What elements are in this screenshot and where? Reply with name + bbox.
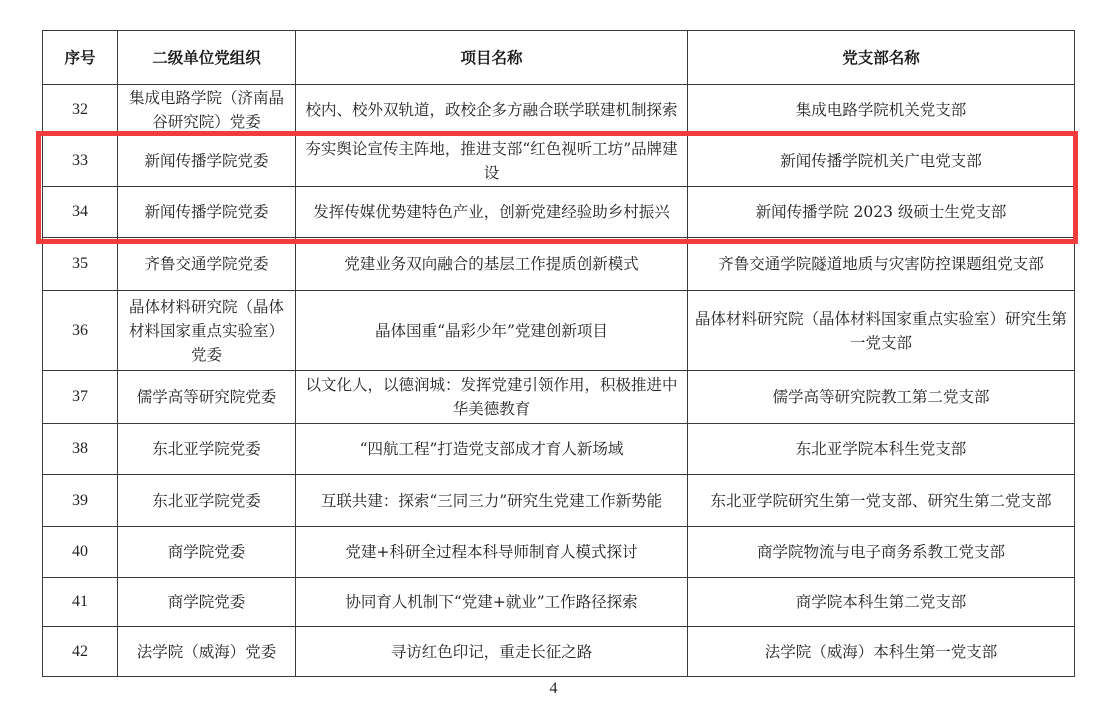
cell-serial-number: 32 — [43, 85, 118, 135]
table-row: 33新闻传播学院党委夯实舆论宣传主阵地，推进支部“红色视听工坊”品牌建设新闻传播… — [43, 135, 1075, 187]
cell-branch-name: 东北亚学院本科生党支部 — [688, 424, 1075, 475]
table-row: 34新闻传播学院党委发挥传媒优势建特色产业，创新党建经验助乡村振兴新闻传播学院 … — [43, 187, 1075, 238]
cell-serial-number: 39 — [43, 475, 118, 527]
table-row: 39东北亚学院党委互联共建：探索“三同三力”研究生党建工作新势能东北亚学院研究生… — [43, 475, 1075, 527]
cell-branch-name: 集成电路学院机关党支部 — [688, 85, 1075, 135]
cell-secondary-party-org: 商学院党委 — [118, 578, 296, 627]
cell-branch-name: 新闻传播学院 2023 级硕士生党支部 — [688, 187, 1075, 238]
table-row: 38东北亚学院党委“四航工程”打造党支部成才育人新场域东北亚学院本科生党支部 — [43, 424, 1075, 475]
header-secondary-party-org: 二级单位党组织 — [118, 31, 296, 85]
cell-project-name: 晶体国重“晶彩少年”党建创新项目 — [296, 291, 688, 371]
cell-secondary-party-org: 新闻传播学院党委 — [118, 135, 296, 187]
table-body: 32集成电路学院（济南晶谷研究院）党委校内、校外双轨道，政校企多方融合联学联建机… — [43, 85, 1075, 677]
cell-secondary-party-org: 东北亚学院党委 — [118, 424, 296, 475]
table-row: 32集成电路学院（济南晶谷研究院）党委校内、校外双轨道，政校企多方融合联学联建机… — [43, 85, 1075, 135]
table-header-row: 序号 二级单位党组织 项目名称 党支部名称 — [43, 31, 1075, 85]
cell-serial-number: 38 — [43, 424, 118, 475]
cell-serial-number: 35 — [43, 238, 118, 291]
cell-serial-number: 37 — [43, 371, 118, 424]
cell-project-name: 校内、校外双轨道，政校企多方融合联学联建机制探索 — [296, 85, 688, 135]
cell-secondary-party-org: 新闻传播学院党委 — [118, 187, 296, 238]
cell-project-name: 发挥传媒优势建特色产业，创新党建经验助乡村振兴 — [296, 187, 688, 238]
table-row: 36晶体材料研究院（晶体材料国家重点实验室）党委晶体国重“晶彩少年”党建创新项目… — [43, 291, 1075, 371]
cell-serial-number: 34 — [43, 187, 118, 238]
table-row: 37儒学高等研究院党委以文化人，以德润城：发挥党建引领作用，积极推进中华美德教育… — [43, 371, 1075, 424]
cell-serial-number: 33 — [43, 135, 118, 187]
cell-project-name: “四航工程”打造党支部成才育人新场域 — [296, 424, 688, 475]
cell-branch-name: 齐鲁交通学院隧道地质与灾害防控课题组党支部 — [688, 238, 1075, 291]
cell-serial-number: 40 — [43, 527, 118, 578]
cell-project-name: 党建业务双向融合的基层工作提质创新模式 — [296, 238, 688, 291]
cell-secondary-party-org: 法学院（威海）党委 — [118, 627, 296, 677]
cell-project-name: 夯实舆论宣传主阵地，推进支部“红色视听工坊”品牌建设 — [296, 135, 688, 187]
cell-serial-number: 36 — [43, 291, 118, 371]
cell-secondary-party-org: 儒学高等研究院党委 — [118, 371, 296, 424]
cell-project-name: 党建+科研全过程本科导师制育人模式探讨 — [296, 527, 688, 578]
cell-branch-name: 商学院本科生第二党支部 — [688, 578, 1075, 627]
cell-branch-name: 东北亚学院研究生第一党支部、研究生第二党支部 — [688, 475, 1075, 527]
cell-serial-number: 42 — [43, 627, 118, 677]
cell-branch-name: 法学院（威海）本科生第一党支部 — [688, 627, 1075, 677]
table-row: 41商学院党委协同育人机制下“党建+就业”工作路径探索商学院本科生第二党支部 — [43, 578, 1075, 627]
cell-project-name: 互联共建：探索“三同三力”研究生党建工作新势能 — [296, 475, 688, 527]
cell-branch-name: 商学院物流与电子商务系教工党支部 — [688, 527, 1075, 578]
header-project-name: 项目名称 — [296, 31, 688, 85]
cell-secondary-party-org: 齐鲁交通学院党委 — [118, 238, 296, 291]
cell-branch-name: 晶体材料研究院（晶体材料国家重点实验室）研究生第一党支部 — [688, 291, 1075, 371]
table-row: 35齐鲁交通学院党委党建业务双向融合的基层工作提质创新模式齐鲁交通学院隧道地质与… — [43, 238, 1075, 291]
cell-branch-name: 新闻传播学院机关广电党支部 — [688, 135, 1075, 187]
cell-secondary-party-org: 商学院党委 — [118, 527, 296, 578]
cell-secondary-party-org: 晶体材料研究院（晶体材料国家重点实验室）党委 — [118, 291, 296, 371]
cell-project-name: 寻访红色印记，重走长征之路 — [296, 627, 688, 677]
cell-secondary-party-org: 东北亚学院党委 — [118, 475, 296, 527]
header-serial-number: 序号 — [43, 31, 118, 85]
cell-project-name: 以文化人，以德润城：发挥党建引领作用，积极推进中华美德教育 — [296, 371, 688, 424]
cell-branch-name: 儒学高等研究院教工第二党支部 — [688, 371, 1075, 424]
table-row: 40商学院党委党建+科研全过程本科导师制育人模式探讨商学院物流与电子商务系教工党… — [43, 527, 1075, 578]
cell-secondary-party-org: 集成电路学院（济南晶谷研究院）党委 — [118, 85, 296, 135]
cell-project-name: 协同育人机制下“党建+就业”工作路径探索 — [296, 578, 688, 627]
page-number: 4 — [0, 680, 1107, 698]
table-row: 42法学院（威海）党委寻访红色印记，重走长征之路法学院（威海）本科生第一党支部 — [43, 627, 1075, 677]
cell-serial-number: 41 — [43, 578, 118, 627]
header-branch-name: 党支部名称 — [688, 31, 1075, 85]
projects-table: 序号 二级单位党组织 项目名称 党支部名称 32集成电路学院（济南晶谷研究院）党… — [42, 30, 1075, 677]
